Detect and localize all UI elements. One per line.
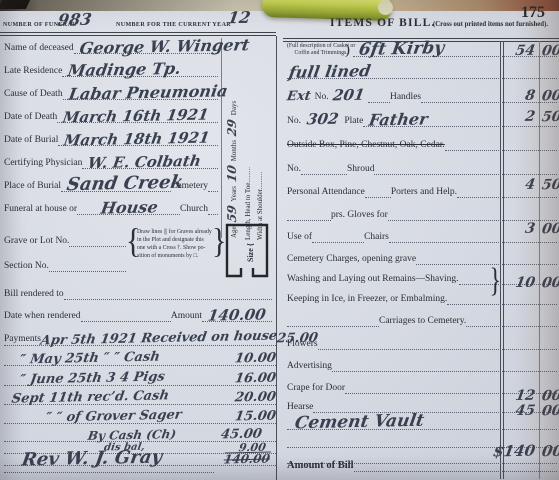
payments-label: Payments [4,335,41,346]
bill-dollars: 12 [501,389,536,404]
total-dollars: $140 [491,444,536,460]
payment-amount: 10.00 [234,352,277,366]
bill-cents: 00 [541,222,559,236]
bill-hand-prefix: Ext [286,90,312,103]
days-label: Days [230,101,238,115]
bill-dollars: 45 [501,404,536,419]
payment-total: 140.00 [223,452,271,466]
payment-row: ″ June 25th 3 4 Pigs 16.00 [4,365,276,386]
bill-dollars: 54 [501,44,536,59]
payment-amount: 16.00 [234,372,277,386]
field-date-of-burial: Date of Burial March 18th 1921 [4,124,218,146]
dotted-line: Sand Creek [61,191,171,192]
dotted-line [447,304,557,305]
bill-row-shroud: No. Shroud [287,155,557,175]
dotted-line: March 18th 1921 [58,145,218,146]
age-days-value: 29 [226,118,238,137]
pen-cap [378,0,393,15]
bill-hand-value: full lined [288,63,372,81]
field-bill-rendered-to: Bill rendered to [4,278,272,300]
field-funeral-at: Funeral at house or House Church [4,193,218,215]
bill-dollars: 4 [501,178,536,193]
months-label: Months [230,140,238,161]
note-line: Draw lines ||| for Graves already [137,228,212,236]
dotted-line [301,174,347,175]
field-value: W. E. Colbath [87,154,202,171]
field-grave-or-lot: Grave or Lot No. [4,225,126,247]
bill-cents: 00 [541,89,559,103]
dotted-line [49,271,126,272]
dotted-line [81,321,171,322]
field-label: Date when rendered [4,312,81,323]
bill-hand-number: 302 [306,112,340,128]
field-name-of-deceased: Name of deceased George W. Wingert [4,32,218,54]
field-place-of-burial: Place of Burial Sand Creek Cemetery [4,170,218,192]
bill-cents: 00 [541,389,559,403]
payment-amount: 45.00 [220,428,263,442]
bill-hand-number: 201 [331,88,365,104]
dotted-line [332,371,557,372]
label: Carriages to Cemetery. [379,317,466,328]
funeral-number-value: 983 [57,12,93,29]
dotted-line [421,102,557,103]
field-value: March 18th 1921 [63,130,211,148]
payment-row: Sept 11th rec’d. Cash 20.00 [4,385,276,405]
payment-text: By Cash (Ch) [87,428,177,442]
note-line: one with a Cross †. Show po- [137,244,212,252]
total-label: Amount of Bill [287,461,354,473]
field-value: March 16th 1921 [62,107,210,125]
label: Advertising [287,362,332,373]
grave-plot-note: Draw lines ||| for Graves already in the… [137,228,212,260]
bracket-brace: } [489,262,500,300]
payment-row: Payments Apr 5th 1921 Received on house … [4,323,276,346]
payment-row: ″ May 25th ″ ″ Cash 10.00 [4,345,276,366]
bill-row-carriages: Carriages to Cemetery. [287,307,557,327]
label: No. [287,117,301,128]
field-value: Madinge Tp. [67,61,182,79]
field-label: Late Residence [4,67,62,78]
label: Flowers [287,340,318,351]
total-cents: 00 [541,444,559,459]
dotted-line [208,191,218,192]
label: Handles [390,93,421,104]
years-label: Years [230,186,238,202]
bill-dollars: 3 [501,222,536,237]
dotted-line: House [77,214,180,215]
bill-row-outside-box: Outside Box, Pine, Chestnut, Oak, Cedar. [287,131,557,151]
field-value: House [100,199,159,216]
label: No. [315,93,329,104]
field-label: Funeral at house or [4,205,77,216]
page-number: 175 [521,4,545,22]
bill-cents: 50 [541,110,559,124]
note-line: sition of monuments by □. [137,252,212,260]
current-year-number-value: 12 [227,10,252,26]
field-date-of-death: Date of Death March 16th 1921 [4,101,218,123]
label: Shroud [347,165,374,176]
field-value: Sand Creek [65,174,184,194]
field-late-residence: Late Residence Madinge Tp. [4,55,218,77]
field-label: Certifying Physician [4,159,82,170]
field-cause-of-death: Cause of Death Labar Pneumonia [4,78,218,100]
bill-cents: 00 [541,404,559,418]
dotted-line [466,326,557,327]
dotted-line: Labar Pneumonia [63,99,218,100]
bill-cents: 00 [541,44,559,58]
corner-shadow [0,0,30,9]
signature-line [4,472,214,473]
current-year-number-label: Number for the Current Year [116,22,231,28]
dotted-line [287,326,379,327]
bill-dollars: 10 [501,276,536,291]
bill-row-gloves: prs. Gloves for [287,201,557,221]
age-column-rule [221,38,222,238]
grave-plot-diagram [224,222,270,280]
payment-amount: 20.00 [234,391,277,405]
dotted-line: full lined [287,78,557,79]
dotted-line [365,197,391,198]
dotted-line [389,242,557,243]
dotted-line: March 16th 1921 [57,122,218,123]
dotted-line: 140.00 [202,321,272,322]
label: Keeping in Ice, in Freezer, or Embalming… [287,295,447,306]
label-crossed-out: Outside Box, Pine, Chestnut, Oak, Cedar. [287,141,445,152]
amount-value: 140.00 [207,307,267,323]
field-label: Section No. [4,262,49,273]
bill-cents: 00 [541,276,559,290]
field-certifying-physician: Certifying Physician W. E. Colbath [4,147,218,169]
age-years-value: 59 [226,205,238,224]
dotted-line: Madinge Tp. [62,76,218,77]
dotted-line: W. E. Colbath [82,168,218,169]
label: Washing and Laying out Remains—Shaving. [287,275,459,286]
age-months-value: 10 [226,164,238,183]
field-label: Date of Death [4,113,57,124]
label: Porters and Help. [391,188,457,199]
dotted-line [368,102,390,103]
dotted-line: George W. Wingert [74,53,218,54]
dotted-line [445,150,557,151]
label: prs. Gloves for [331,211,388,222]
field-label: Date of Burial [4,136,58,147]
field-label: Bill rendered to [4,290,64,301]
label: Use of [287,233,312,244]
bill-title: ITEMS OF BILL. [330,17,436,29]
field-label: Cause of Death [4,90,63,101]
label: No. [287,165,301,176]
amount-label: Amount [171,312,202,323]
dotted-line [287,220,331,221]
dotted-line [354,471,557,472]
dotted-line [312,242,364,243]
payment-row: By Cash (Ch) 45.00 [4,423,276,442]
bill-dollars: 2 [501,110,536,125]
dotted-line [457,197,557,198]
note-line: in the Plot and designate this [137,236,212,244]
signature: Rev W. J. Gray [20,449,163,470]
field-suffix-label: Church [180,205,208,216]
bill-hand-value: Father [368,111,429,128]
bill-cents: 50 [541,178,559,192]
field-section-no: Section No. [4,250,126,272]
dotted-line [208,214,218,215]
field-label: Grave or Lot No. [4,237,69,248]
payment-amount: 15.00 [234,410,277,424]
field-label: Name of deceased [4,44,74,55]
field-date-when-rendered: Date when rendered Amount 140.00 [4,300,272,322]
bill-row-advertising: Advertising [287,352,557,372]
dotted-line [318,349,557,350]
bill-hand-value: 6ft Kirby [358,40,446,59]
field-value: Labar Pneumonia [67,83,228,102]
field-label: Place of Burial [4,182,61,193]
bill-row-cemetery-charges: Cemetery Charges, opening grave [287,245,557,265]
age-line: Age 59 Years 10 Months 29 Days [224,50,239,238]
dotted-line [374,174,557,175]
label: Cemetery Charges, opening grave [287,255,416,266]
funeral-record-scan: Number of Funeral 983 Number for the Cur… [0,0,559,480]
label: Plate [344,117,363,128]
label: Personal Attendance [287,188,365,199]
label: Chairs [364,233,389,244]
bill-row-casket-2: full lined [287,59,557,79]
payment-row: ″ ″ of Grover Sager 15.00 [4,404,276,424]
bill-dollars: 8 [501,89,536,104]
bill-note: (Cross out printed items not furnished). [433,21,548,28]
dotted-line: Father [363,126,557,127]
bill-row-flowers: Flowers [287,330,557,350]
dotted-line [69,246,126,247]
